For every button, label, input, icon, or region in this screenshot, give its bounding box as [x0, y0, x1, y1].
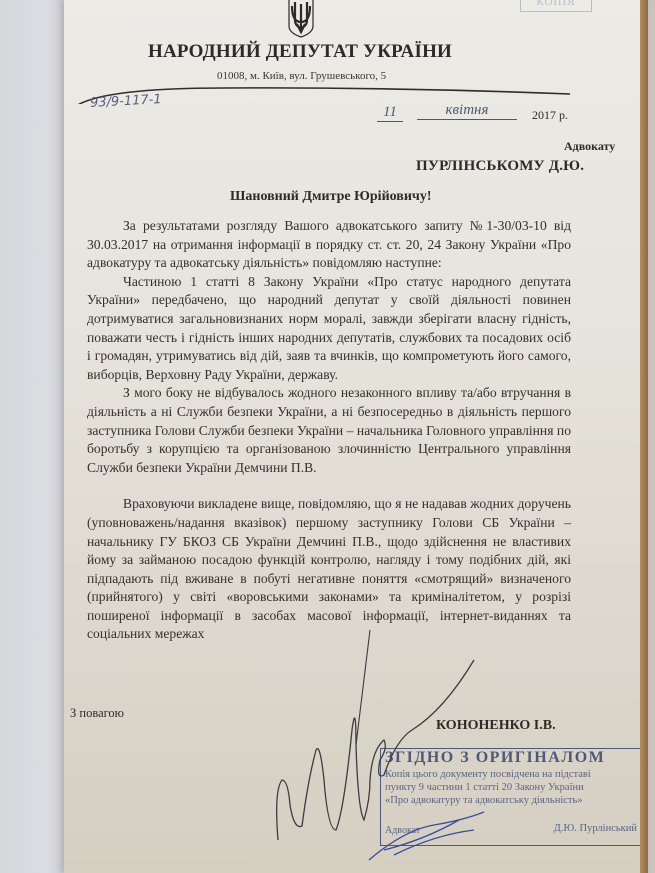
trident-emblem-icon: [286, 0, 316, 38]
org-title: НАРОДНИЙ ДЕПУТАТ УКРАЇНИ: [148, 41, 548, 63]
stamp-signature: [364, 800, 504, 870]
addressee-name: ПУРЛІНСЬКОМУ Д.Ю.: [416, 158, 584, 175]
paragraph-conclusion: Враховуючи викладене вище, повідомляю, щ…: [87, 495, 571, 644]
letter-page: КОПІЯ НАРОДНИЙ ДЕПУТАТ УКРАЇНИ 01008, м.…: [64, 0, 648, 873]
addressee-role: Адвокату: [564, 139, 615, 154]
stamp-name: Д.Ю. Пурлінський: [554, 823, 637, 834]
date-month: квітня: [417, 102, 517, 120]
paragraph-no-interference: З мого боку не відбувалось жодного незак…: [87, 384, 571, 477]
page-right-edge: [640, 0, 648, 873]
binder-edge: [0, 0, 68, 873]
paragraph-request: За результатами розгляду Вашого адвокатс…: [87, 217, 571, 273]
closing: З повагою: [70, 706, 124, 721]
letter-body: За результатами розгляду Вашого адвокатс…: [87, 217, 571, 644]
paragraph-law-reference: Частиною 1 статті 8 Закону України «Про …: [87, 273, 571, 385]
salutation: Шановний Дмитре Юрійовичу!: [230, 189, 431, 205]
org-address: 01008, м. Київ, вул. Грушевського, 5: [217, 70, 386, 82]
registration-number: 93/9-117-1: [90, 92, 162, 111]
copy-stamp: КОПІЯ: [520, 0, 592, 12]
date-day: 11: [377, 104, 403, 122]
date-year: 2017 р.: [532, 108, 568, 123]
